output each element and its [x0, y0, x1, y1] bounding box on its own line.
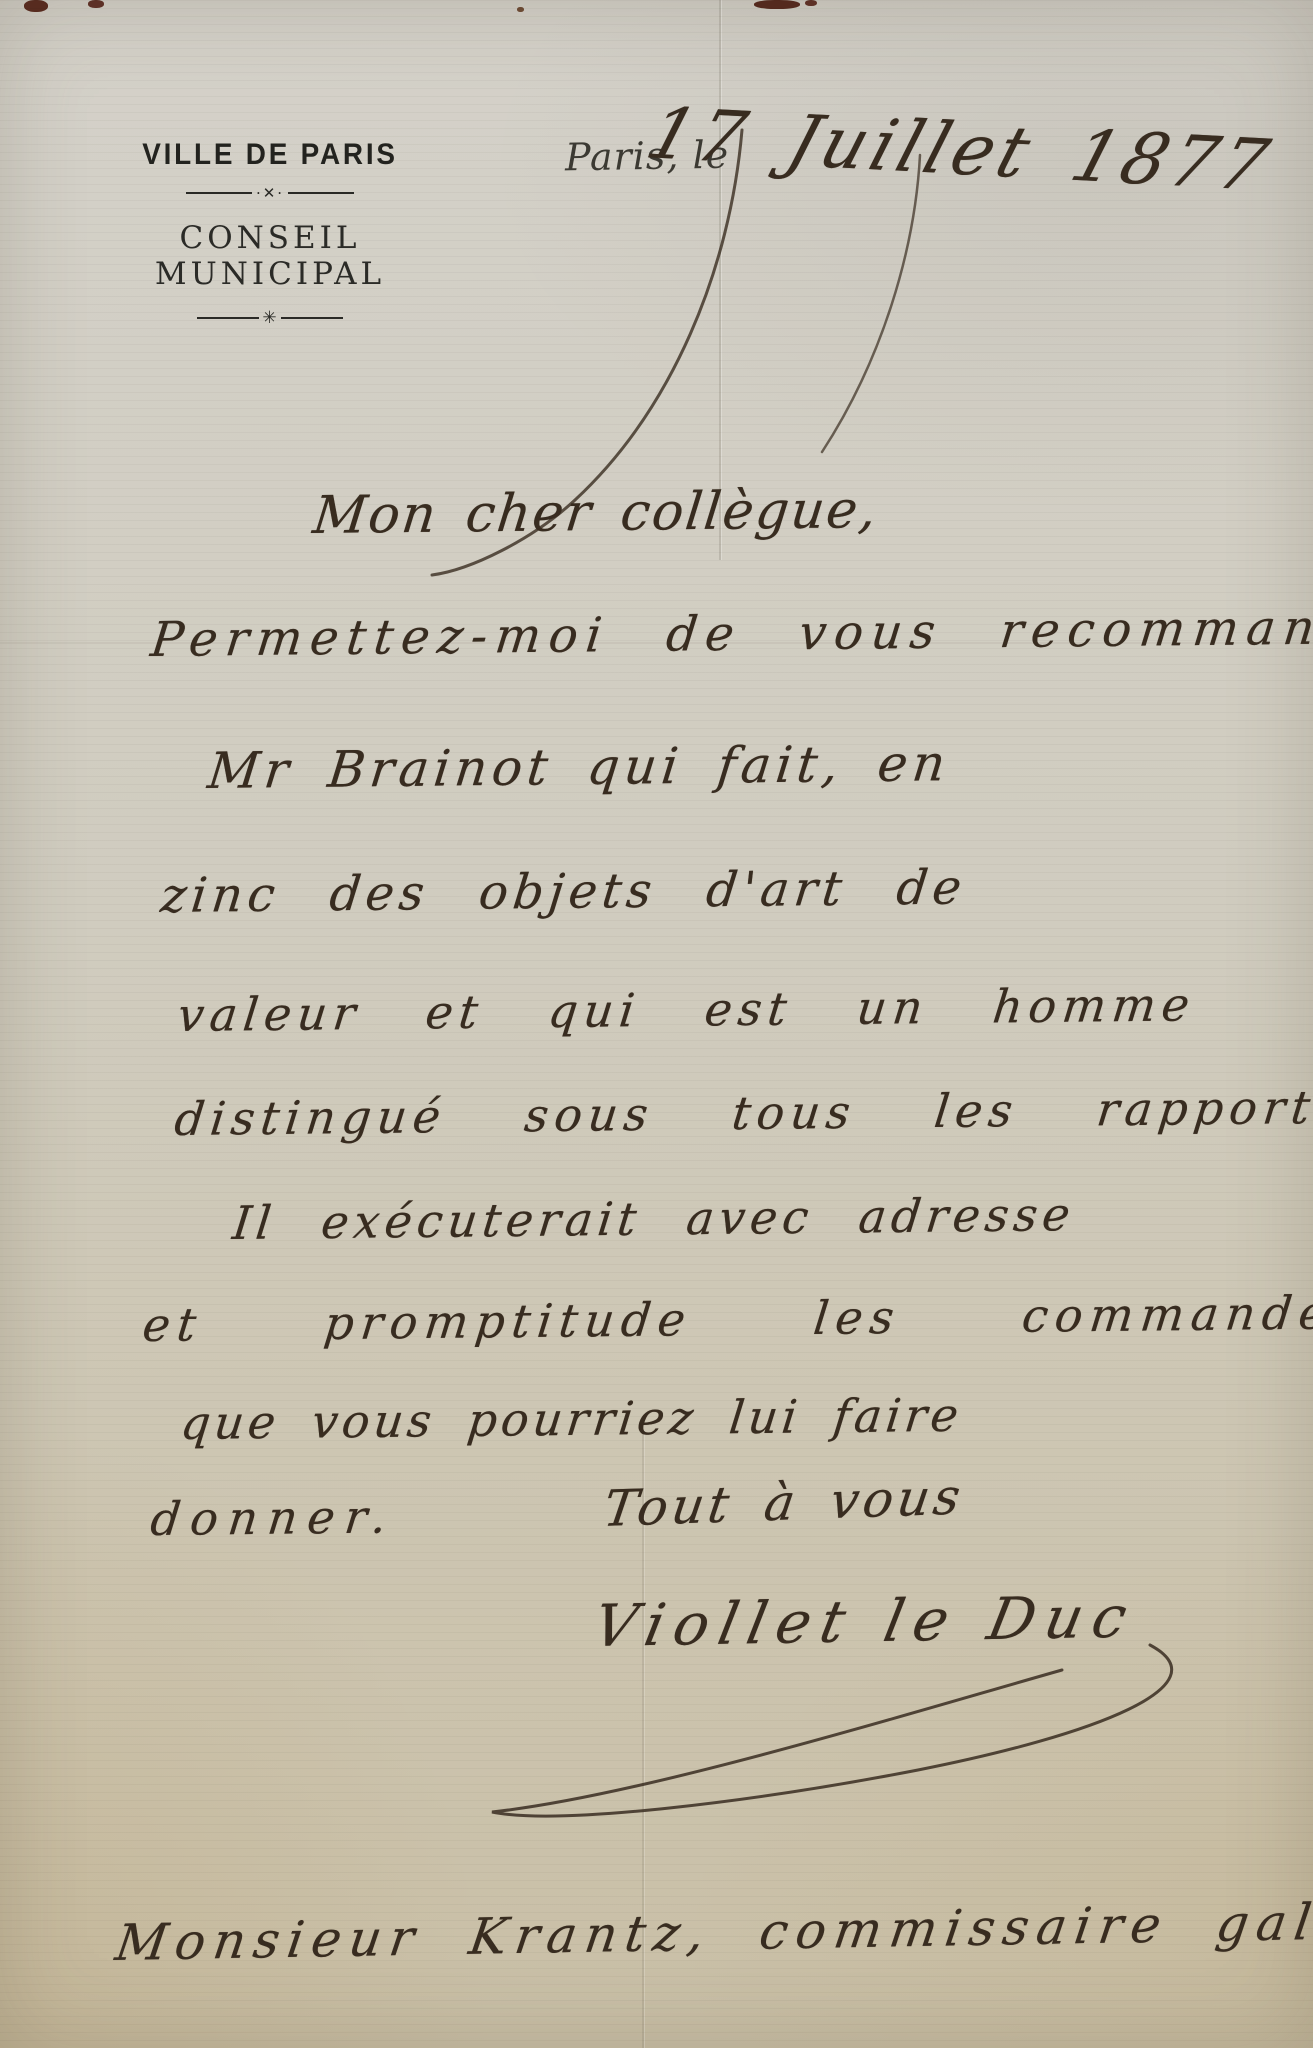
paper-stain [754, 0, 800, 9]
date-descender-stroke [822, 155, 920, 452]
signature: Viollet le Duc [588, 1583, 1142, 1660]
signature-paraph [492, 1645, 1172, 1816]
letterhead-star-divider-icon: ✳ [68, 312, 472, 324]
letterhead: VILLE DE PARIS ·✕· CONSEIL MUNICIPAL ✳ [68, 138, 472, 324]
letterhead-title: VILLE DE PARIS [82, 138, 458, 172]
letter-page: VILLE DE PARIS ·✕· CONSEIL MUNICIPAL ✳ P… [0, 0, 1313, 2048]
handwriting-line: valeur et qui est un homme [175, 977, 1198, 1042]
paper-stain [24, 0, 48, 12]
letterhead-subtitle: CONSEIL MUNICIPAL [68, 220, 472, 292]
salutation-line: Mon cher collègue, [310, 480, 881, 546]
dateline-handwritten: 17 Juillet 1877 [638, 92, 1282, 207]
handwriting-line: et promptitude les commandes [140, 1285, 1313, 1352]
paper-stain [88, 0, 104, 8]
handwriting-line: que vous pourriez lui faire [178, 1388, 965, 1450]
valediction: Tout à vous [600, 1468, 968, 1538]
paper-stain [805, 0, 817, 6]
letterhead-divider-icon: ·✕· [68, 188, 472, 198]
addressee-line: Monsieur Krantz, commissaire gal [112, 1893, 1313, 1972]
paper-stain [517, 7, 524, 12]
handwriting-line: Permettez-moi de vous recommander [148, 599, 1313, 668]
handwriting-line: distingué sous tous les rapports [172, 1080, 1313, 1146]
handwriting-line: zinc des objets d'art de [158, 860, 969, 924]
handwriting-line: Mr Brainot qui fait, en [205, 734, 953, 800]
handwriting-line: donner. [148, 1489, 400, 1546]
paper-crease [719, 0, 721, 560]
handwriting-line: Il exécuterait avec adresse [230, 1187, 1078, 1250]
